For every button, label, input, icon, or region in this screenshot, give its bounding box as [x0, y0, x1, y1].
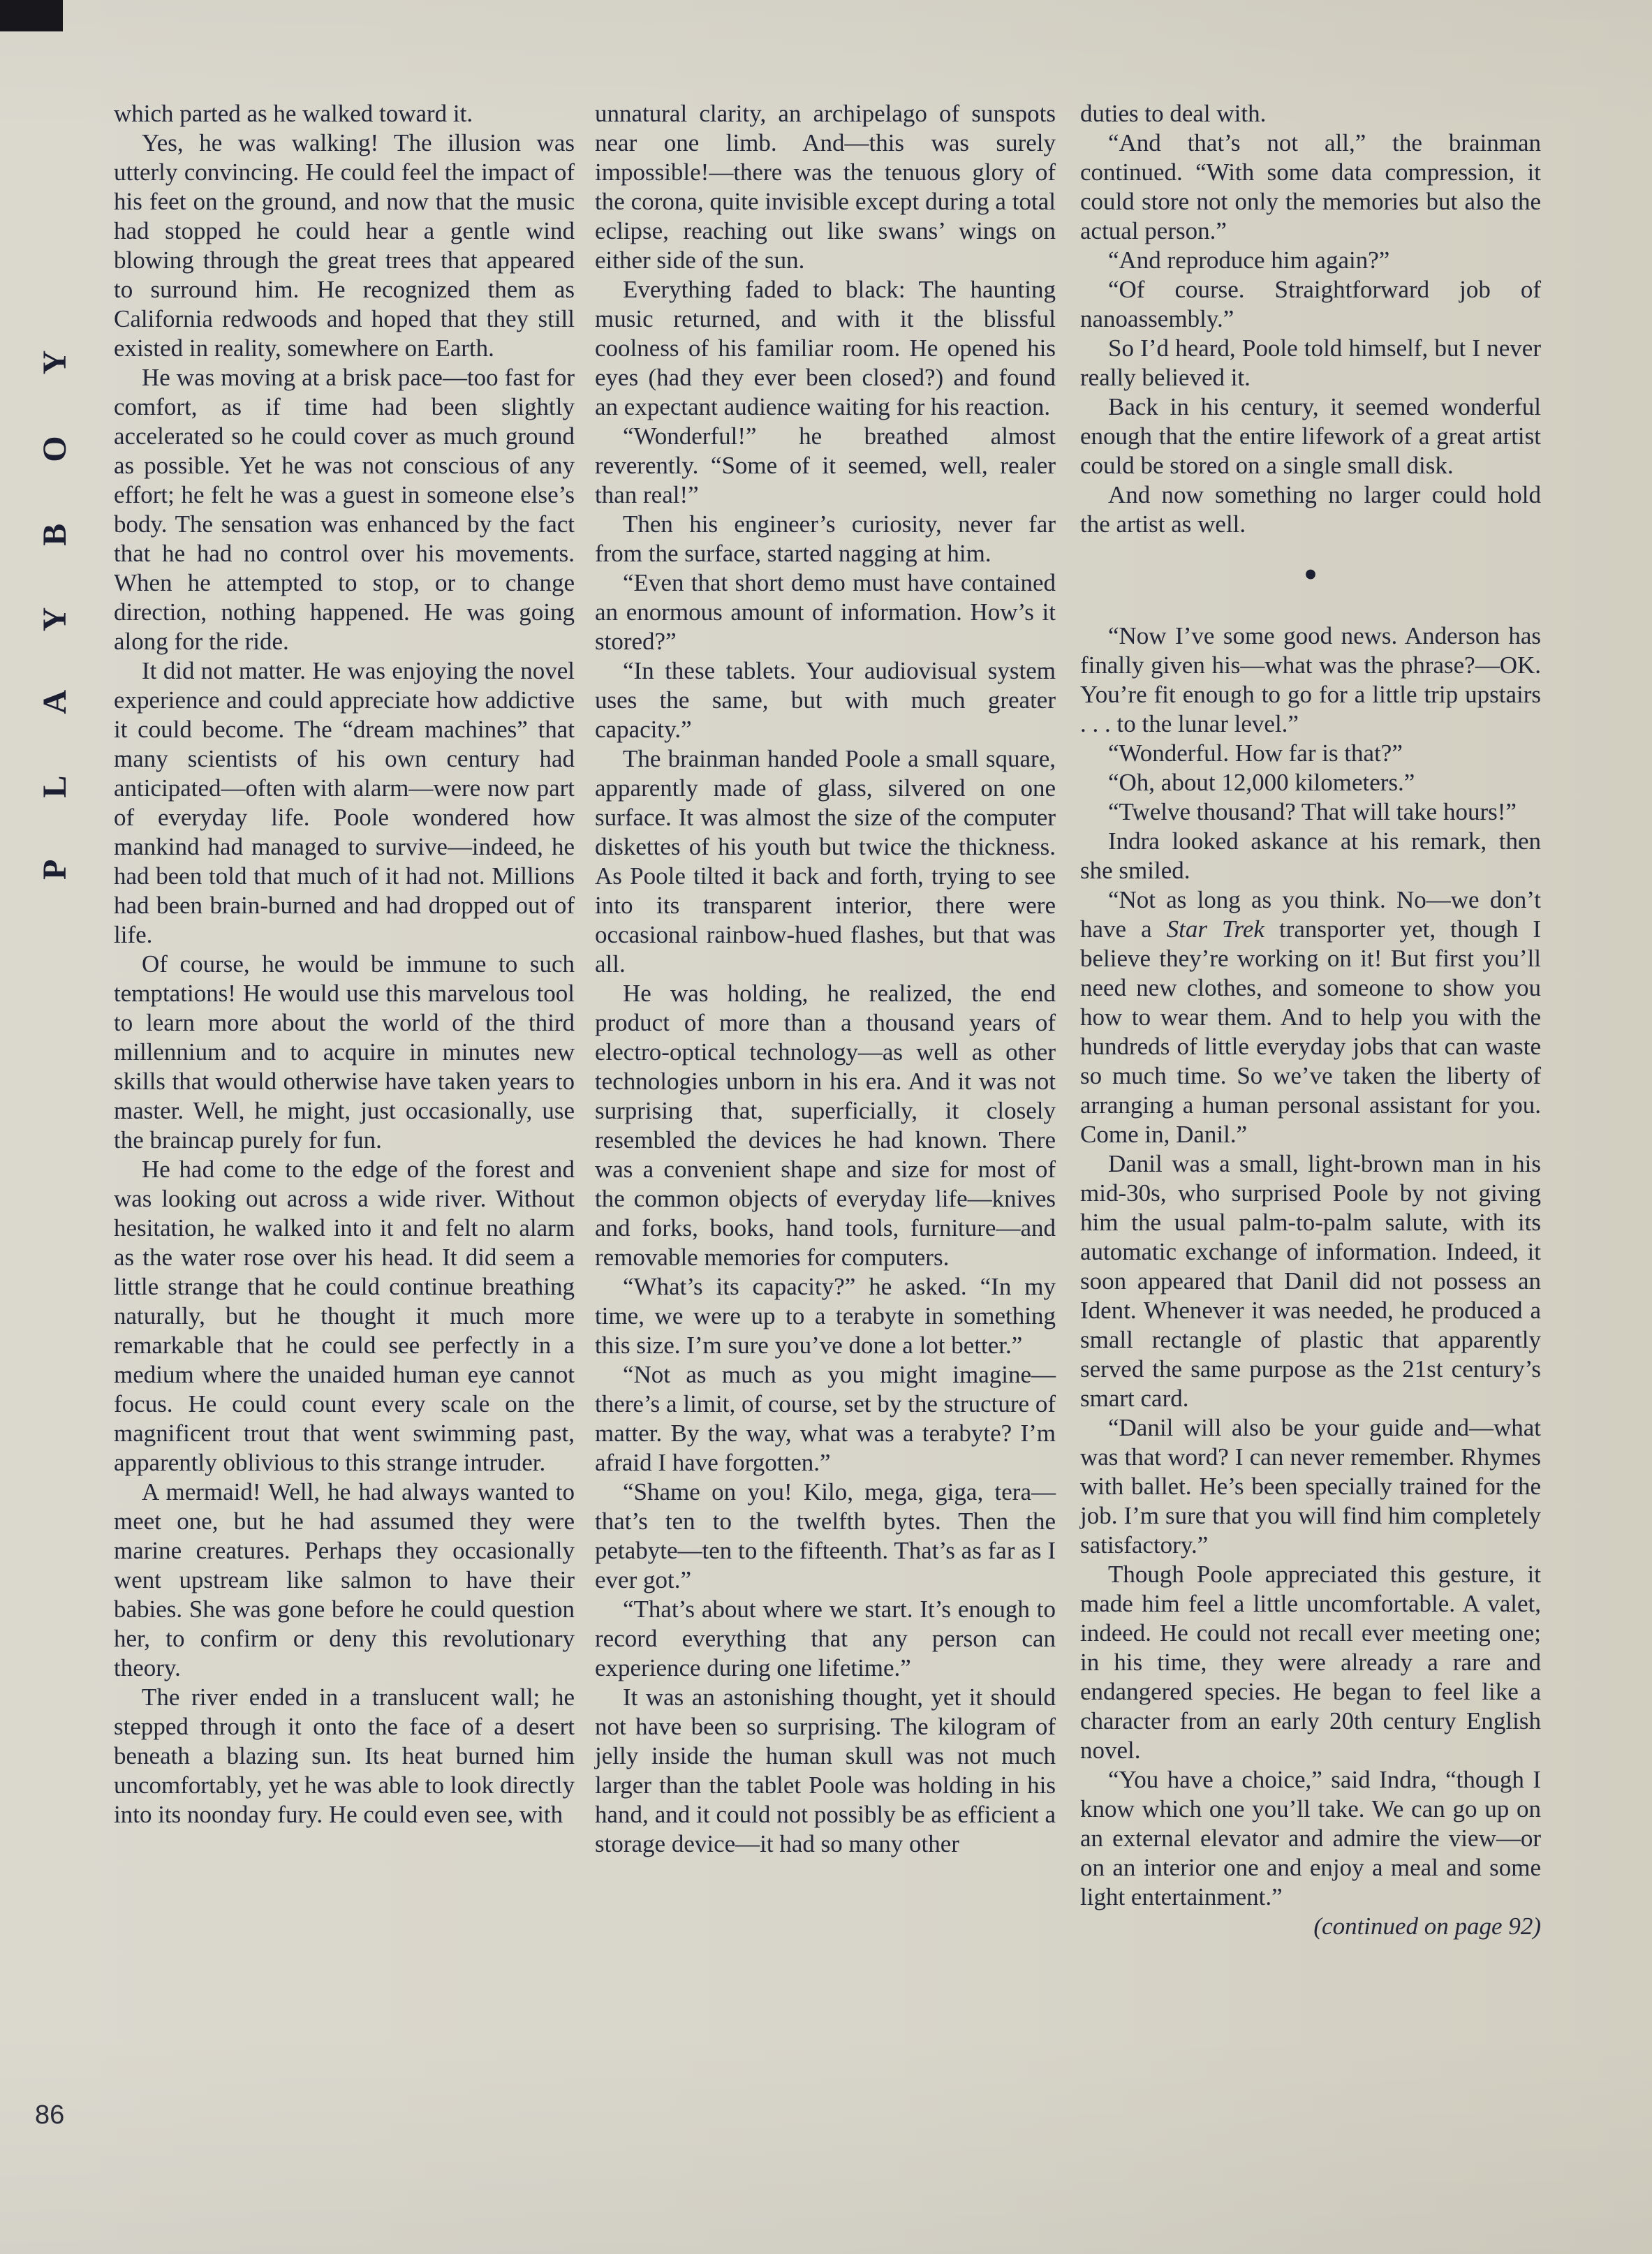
paragraph: “Wonderful!” he breathed almost reverent…	[595, 422, 1056, 510]
paragraph: It was an astonishing thought, yet it sh…	[595, 1683, 1056, 1859]
text-column-1: which parted as he walked toward it.Yes,…	[114, 99, 575, 1829]
paragraph: He was moving at a brisk pace—too fast f…	[114, 363, 575, 656]
paragraph: Though Poole appreciated this gesture, i…	[1080, 1560, 1541, 1765]
paragraph: “And reproduce him again?”	[1080, 246, 1541, 275]
paragraph: “Not as much as you might imagine—there’…	[595, 1360, 1056, 1478]
text-column-2: unnatural clarity, an archipelago of sun…	[595, 99, 1056, 1859]
paragraph: “Twelve thousand? That will take hours!”	[1080, 797, 1541, 827]
magazine-page: PLAYBOY which parted as he walked toward…	[0, 0, 1652, 2254]
paragraph: which parted as he walked toward it.	[114, 99, 575, 128]
paragraph: “In these tablets. Your audiovisual syst…	[595, 656, 1056, 744]
paragraph: The brainman handed Poole a small square…	[595, 744, 1056, 979]
paragraph: A mermaid! Well, he had always wanted to…	[114, 1478, 575, 1683]
paragraph: So I’d heard, Poole told himself, but I …	[1080, 334, 1541, 392]
paragraph: “What’s its capacity?” he asked. “In my …	[595, 1272, 1056, 1360]
paragraph: “And that’s not all,” the brainman conti…	[1080, 128, 1541, 246]
paragraph: “That’s about where we start. It’s enoug…	[595, 1595, 1056, 1683]
paragraph: “Even that short demo must have containe…	[595, 568, 1056, 656]
paragraph: Everything faded to black: The haunting …	[595, 275, 1056, 422]
italic-title: Star Trek	[1167, 915, 1264, 943]
top-left-print-mark	[0, 0, 63, 31]
paragraph: “Danil will also be your guide and—what …	[1080, 1413, 1541, 1560]
page-number: 86	[35, 2100, 64, 2130]
paragraph: Danil was a small, light-brown man in hi…	[1080, 1149, 1541, 1413]
paragraph: “Shame on you! Kilo, mega, giga, tera—th…	[595, 1478, 1056, 1595]
paragraph: “Of course. Straightforward job of nanoa…	[1080, 275, 1541, 334]
paragraph: He had come to the edge of the forest an…	[114, 1155, 575, 1478]
paragraph: “Not as long as you think. No—we don’t h…	[1080, 885, 1541, 1149]
paragraph: He was holding, he realized, the end pro…	[595, 979, 1056, 1272]
paragraph: Yes, he was walking! The illusion was ut…	[114, 128, 575, 363]
playboy-spine-text: PLAYBOY	[29, 272, 81, 880]
paragraph: “Wonderful. How far is that?”	[1080, 739, 1541, 768]
paragraph: Indra looked askance at his remark, then…	[1080, 827, 1541, 885]
paragraph: “Oh, about 12,000 kilometers.”	[1080, 768, 1541, 797]
paragraph: duties to deal with.	[1080, 99, 1541, 128]
paragraph: Of course, he would be immune to such te…	[114, 950, 575, 1155]
continued-note: (continued on page 92)	[1080, 1912, 1541, 1941]
paragraph: Back in his century, it seemed wonderful…	[1080, 392, 1541, 480]
paragraph: And now something no larger could hold t…	[1080, 480, 1541, 539]
paragraph: It did not matter. He was enjoying the n…	[114, 656, 575, 950]
paragraph: “You have a choice,” said Indra, “though…	[1080, 1765, 1541, 1912]
paragraph: The river ended in a translucent wall; h…	[114, 1683, 575, 1829]
text-column-3: duties to deal with.“And that’s not all,…	[1080, 99, 1541, 1941]
paragraph: “Now I’ve some good news. Anderson has f…	[1080, 621, 1541, 739]
section-divider: •	[1080, 560, 1541, 589]
paragraph: Then his engineer’s curiosity, never far…	[595, 510, 1056, 568]
paragraph: unnatural clarity, an archipelago of sun…	[595, 99, 1056, 275]
